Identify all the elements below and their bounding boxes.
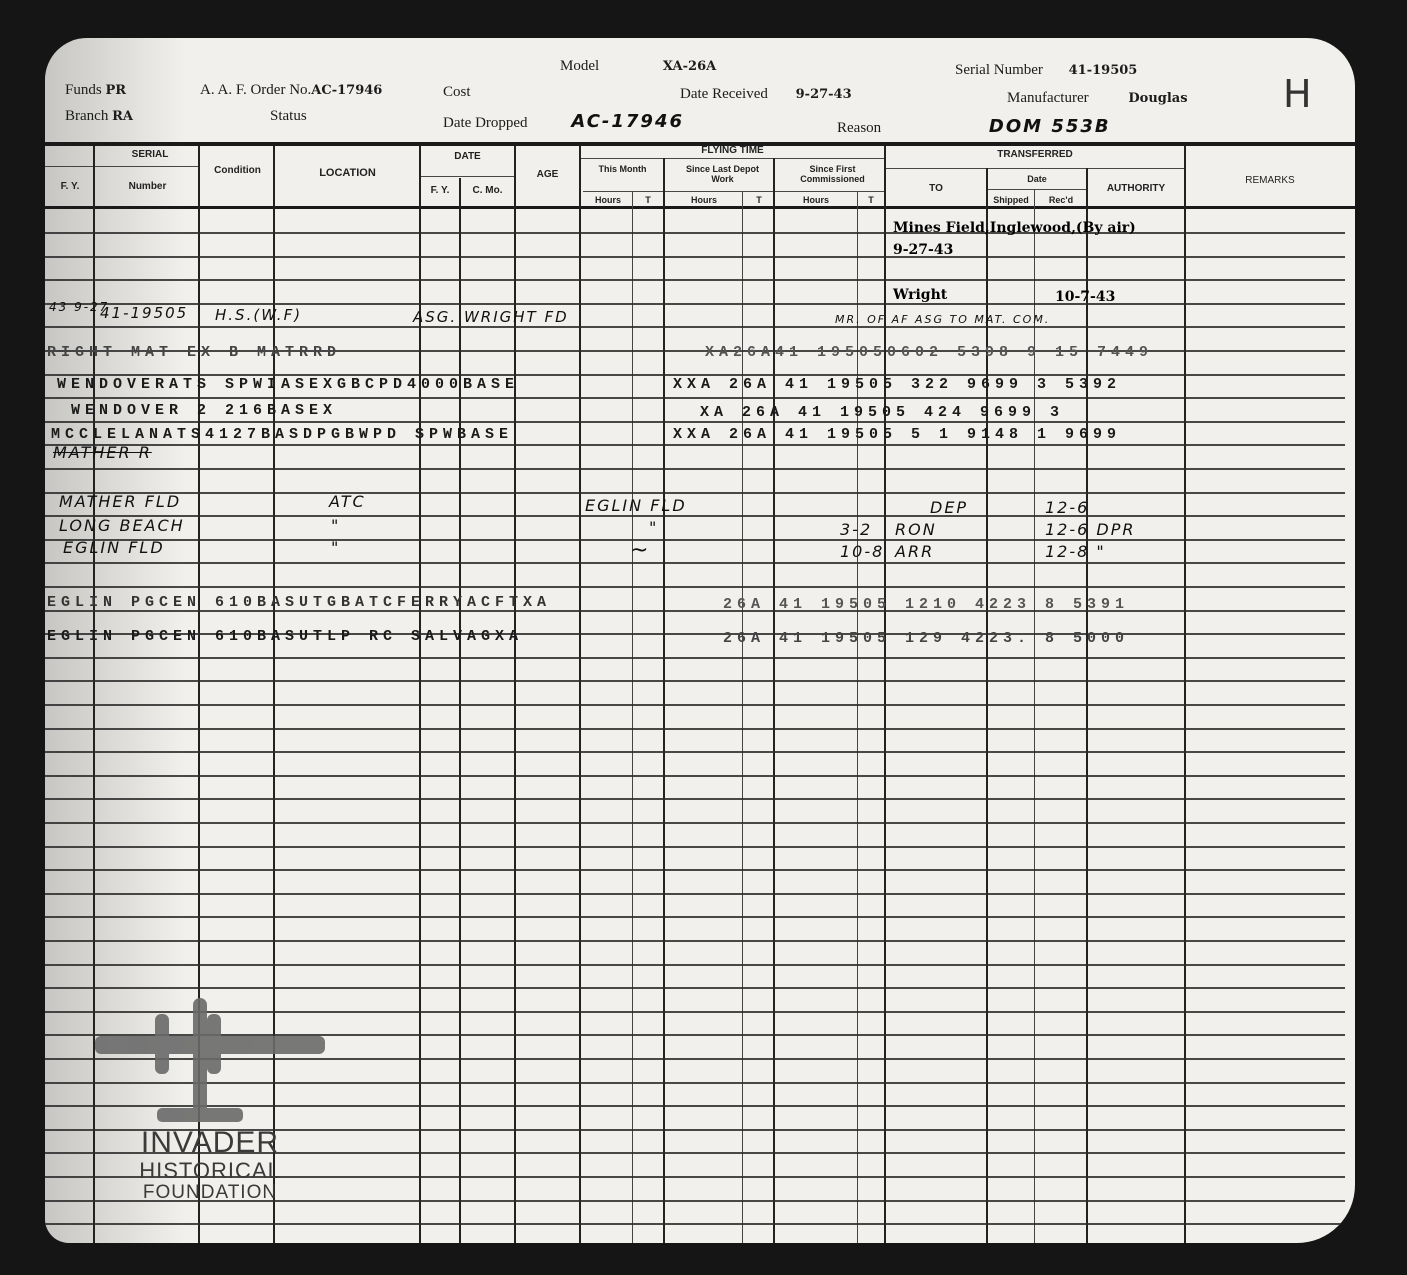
rule <box>420 176 515 177</box>
struck-entry: MATHER R <box>53 443 152 462</box>
serial-number-field: Serial Number 41-19505 <box>955 62 1137 79</box>
corner-mark: H <box>1283 72 1314 116</box>
aircraft-silhouette-icon <box>95 998 325 1128</box>
hw-date: 12-6 DPR <box>1045 520 1135 539</box>
typed-row-right: XA 26A 41 19505 424 9699 3 <box>700 404 1064 421</box>
row-rule <box>45 326 1345 328</box>
date-received-field: Date Received 9-27-43 <box>680 86 852 103</box>
col-recd: Rec'd <box>1035 195 1087 205</box>
status-field: Status <box>270 108 307 125</box>
rule <box>45 166 200 167</box>
transfer-to-2: Wright <box>893 287 947 303</box>
date-received-value: 9-27-43 <box>796 87 852 102</box>
hw-condition: ATC <box>329 492 366 511</box>
branch-value: RA <box>112 109 133 124</box>
date-dropped-value: AC-17946 <box>571 111 684 132</box>
row-rule <box>45 657 1345 659</box>
typed-row-left: WENDOVERATS SPWIASEXGBCPD4000BASE <box>57 376 519 393</box>
funds-value: PR <box>105 83 126 98</box>
col-t-3: T <box>857 195 885 205</box>
col-date-cmo: C. Mo. <box>460 186 515 196</box>
typed-row-left: WENDOVER 2 216BASEX <box>71 402 337 419</box>
col-date-sub: Date <box>987 174 1087 184</box>
row-rule <box>45 279 1345 281</box>
col-location: LOCATION <box>275 168 420 178</box>
rule <box>580 158 885 159</box>
hw-mid: ~ <box>630 538 650 563</box>
col-divider <box>1184 146 1186 1243</box>
col-divider <box>663 158 665 1243</box>
col-divider <box>773 158 775 1243</box>
col-date-fy: F. Y. <box>420 186 460 196</box>
hw-serial: 41-19505 <box>100 304 188 322</box>
branch-field: Branch RA <box>65 108 133 125</box>
model-field: Model XA-26A <box>560 58 716 75</box>
hw-mid: EGLIN FLD <box>585 496 687 515</box>
row-rule <box>45 562 1345 564</box>
col-t-2: T <box>743 195 775 205</box>
row-rule <box>45 232 1345 234</box>
col-condition: Condition <box>200 166 275 176</box>
row-rule <box>45 987 1345 989</box>
typed-row-left: RIGHT MAT EX B MATRRD <box>47 344 341 361</box>
hw-condition: " <box>331 538 340 557</box>
col-divider <box>579 146 581 1243</box>
row-rule <box>45 303 1345 305</box>
col-serial: SERIAL <box>95 150 205 160</box>
transfer-date-2: 10-7-43 <box>1055 289 1115 305</box>
cost-field: Cost <box>443 84 471 101</box>
logo-line-2: HISTORICAL <box>95 1158 325 1184</box>
rule <box>583 191 885 192</box>
date-dropped-label: Date Dropped <box>443 115 528 131</box>
hw-condition: H.S.(W.F) <box>215 306 302 324</box>
row-rule <box>45 492 1345 494</box>
col-t-1: T <box>633 195 663 205</box>
date-received-label: Date Received <box>680 86 768 102</box>
column-header-divider <box>45 206 1355 209</box>
row-rule <box>45 256 1345 258</box>
col-authority: AUTHORITY <box>1087 184 1185 194</box>
row-rule <box>45 775 1345 777</box>
row-rule <box>45 822 1345 824</box>
transfer-to-1: Mines Field,Inglewood,(By air) <box>893 220 1136 236</box>
branch-label: Branch <box>65 108 108 124</box>
hw-condition: " <box>331 516 340 535</box>
model-label: Model <box>560 58 599 74</box>
col-to: TO <box>885 184 987 194</box>
typed-row-right: 26A 41 19505 129 4223. 8 5000 <box>723 630 1129 647</box>
status-label: Status <box>270 108 307 124</box>
row-rule <box>45 468 1345 470</box>
row-rule <box>45 728 1345 730</box>
hw-date: 12-8 " <box>1045 542 1106 561</box>
model-value: XA-26A <box>663 59 716 74</box>
typed-row-left: EGLIN PGCEN 610BASUTLP RC SALVAGXA <box>47 628 523 645</box>
row-rule <box>45 680 1345 682</box>
hw-location: EGLIN FLD <box>63 538 165 557</box>
order-label: A. A. F. Order No. <box>200 82 311 98</box>
col-number: Number <box>95 182 200 192</box>
serial-number-label: Serial Number <box>955 62 1043 78</box>
row-rule <box>45 798 1345 800</box>
row-rule <box>45 893 1345 895</box>
row-rule <box>45 421 1345 423</box>
hw-location: ASG. WRIGHT FD <box>413 308 569 326</box>
col-remarks: REMARKS <box>1185 176 1355 186</box>
col-this-month: This Month <box>585 164 660 174</box>
col-hours-3: Hours <box>775 195 857 205</box>
hw-age: 3-2 <box>840 520 872 539</box>
hw-mid: " <box>649 518 658 537</box>
typed-row-left: EGLIN PGCEN 610BASUTGBATCFERRYACFTXA <box>47 594 551 611</box>
typed-row-right: XXA 26A 41 19505 322 9699 3 5392 <box>673 376 1121 393</box>
row-rule <box>45 869 1345 871</box>
reason-label: Reason <box>837 120 881 136</box>
rule <box>885 168 1185 169</box>
date-dropped-field: Date Dropped AC-17946 <box>443 111 684 132</box>
col-divider <box>884 146 886 1243</box>
hw-authority: ARR <box>895 542 934 561</box>
serial-number-value: 41-19505 <box>1069 63 1138 78</box>
cost-label: Cost <box>443 84 471 100</box>
reason-field: Reason DOM 553B <box>837 116 1111 137</box>
rule <box>987 189 1087 190</box>
col-since-commissioned: Since First Commissioned <box>785 164 880 184</box>
typed-row-right: XA26A41 195050602 5398 9 15 7449 <box>705 344 1153 361</box>
typed-row-left: MCCLELANATS4127BASDPGBWPD SPWBASE <box>51 426 513 443</box>
col-fy: F. Y. <box>45 182 95 192</box>
typed-row-right: 26A 41 19505 1210 4223 8 5391 <box>723 596 1129 613</box>
row-rule <box>45 444 1345 446</box>
aircraft-record-card: Funds PR A. A. F. Order No.AC-17946 Cost… <box>45 38 1355 1243</box>
col-transferred: TRANSFERRED <box>885 150 1185 160</box>
funds-field: Funds PR <box>65 82 126 99</box>
row-rule <box>45 751 1345 753</box>
manufacturer-value: Douglas <box>1128 91 1187 106</box>
typed-row-right: XXA 26A 41 19505 5 1 9148 1 9699 <box>673 426 1121 443</box>
hw-date: 12-6 <box>1045 498 1089 517</box>
hw-location: LONG BEACH <box>59 516 185 535</box>
hw-authority: DEP <box>930 498 968 517</box>
col-date: DATE <box>420 152 515 162</box>
hw-authority: MR. OF AF ASG TO MAT. COM. <box>835 313 1050 326</box>
logo-line-1: INVADER <box>95 1126 325 1160</box>
hw-authority: RON <box>895 520 937 539</box>
manufacturer-label: Manufacturer <box>1007 90 1089 106</box>
col-flying-time: FLYING TIME <box>580 146 885 156</box>
col-hours-2: Hours <box>665 195 743 205</box>
hw-location: MATHER FLD <box>59 492 181 511</box>
manufacturer-field: Manufacturer Douglas <box>1007 90 1188 107</box>
funds-label: Funds <box>65 82 102 98</box>
row-rule <box>45 539 1345 541</box>
logo-line-3: FOUNDATION <box>95 1182 325 1204</box>
row-rule <box>45 940 1345 942</box>
row-rule <box>45 397 1345 399</box>
col-hours-1: Hours <box>583 195 633 205</box>
reason-value: DOM 553B <box>989 116 1111 137</box>
order-value: AC-17946 <box>311 83 382 98</box>
row-rule <box>45 964 1345 966</box>
row-rule <box>45 586 1345 588</box>
row-rule <box>45 704 1345 706</box>
col-shipped: Shipped <box>987 195 1035 205</box>
col-age: AGE <box>515 170 580 180</box>
hw-age: 10-8 <box>840 542 884 561</box>
row-rule <box>45 916 1345 918</box>
col-since-depot: Since Last Depot Work <box>675 164 770 184</box>
col-divider <box>632 191 633 1243</box>
transfer-date-1: 9-27-43 <box>893 242 953 258</box>
order-field: A. A. F. Order No.AC-17946 <box>200 82 382 99</box>
row-rule <box>45 846 1345 848</box>
row-rule <box>45 515 1345 517</box>
row-rule <box>45 1223 1345 1225</box>
invader-foundation-logo: INVADER HISTORICAL FOUNDATION <box>95 998 325 1208</box>
